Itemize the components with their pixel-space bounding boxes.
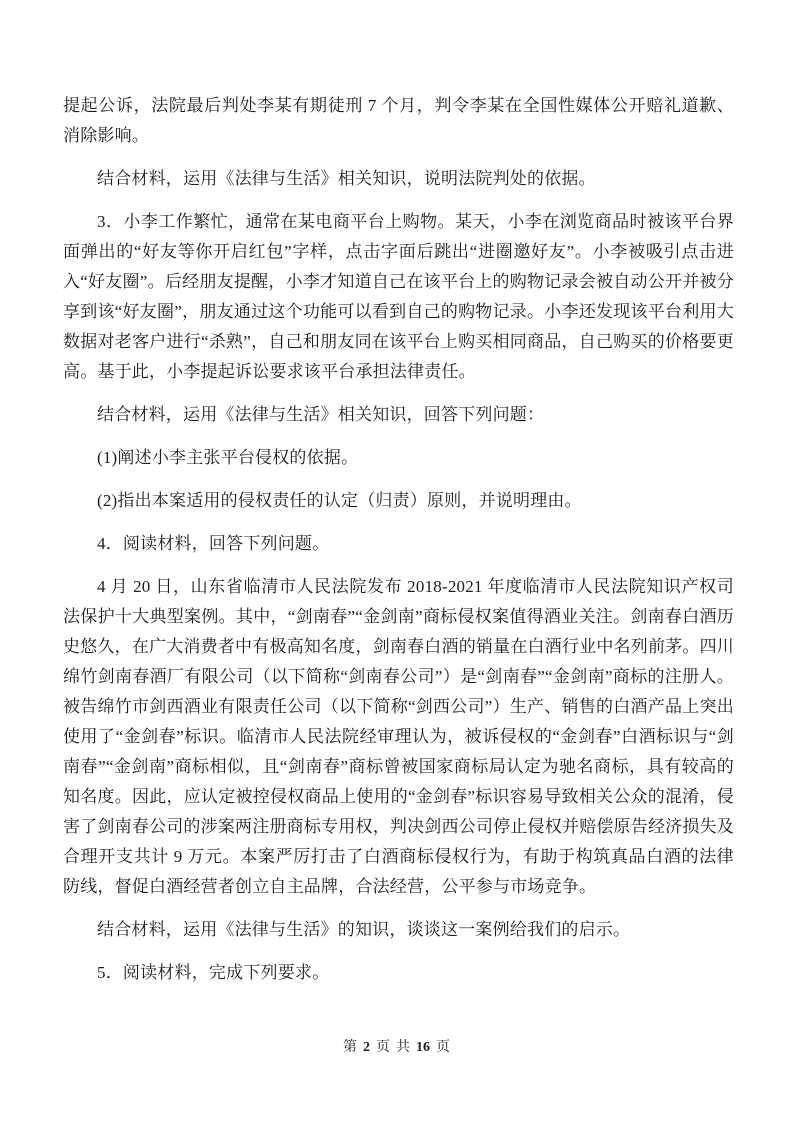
q3-task: 结合材料，运用《法律与生活》相关知识，回答下列问题：: [63, 400, 734, 430]
q4-intro: 4．阅读材料，回答下列问题。: [63, 529, 734, 559]
q3-material: 3．小李工作繁忙，通常在某电商平台上购物。某天，小李在浏览商品时被该平台界面弹出…: [63, 207, 734, 387]
document-page: 提起公诉，法院最后判处李某有期徒刑 7 个月，判令李某在全国性媒体公开赔礼道歉、…: [0, 0, 793, 1122]
document-body: 提起公诉，法院最后判处李某有期徒刑 7 个月，判令李某在全国性媒体公开赔礼道歉、…: [63, 91, 734, 1001]
q2-material-continuation: 提起公诉，法院最后判处李某有期徒刑 7 个月，判令李某在全国性媒体公开赔礼道歉、…: [63, 91, 734, 151]
q2-task: 结合材料，运用《法律与生活》相关知识，说明法院判处的依据。: [63, 164, 734, 194]
q3-sub-question-2: (2)指出本案适用的侵权责任的认定（归责）原则，并说明理由。: [63, 486, 734, 516]
q4-task: 结合材料，运用《法律与生活》的知识，谈谈这一案例给我们的启示。: [63, 915, 734, 945]
q5-intro: 5．阅读材料，完成下列要求。: [63, 958, 734, 988]
footer-page-prefix-label: 第: [343, 1040, 357, 1055]
page-footer: 第2页共16页: [0, 1036, 793, 1056]
footer-total-unit-label: 页: [436, 1040, 450, 1055]
footer-page-unit-label: 页: [376, 1040, 390, 1055]
q4-material: 4 月 20 日，山东省临清市人民法院发布 2018-2021 年度临清市人民法…: [63, 572, 734, 902]
q3-sub-question-1: (1)阐述小李主张平台侵权的依据。: [63, 443, 734, 473]
footer-current-page-number: 2: [363, 1040, 370, 1055]
footer-total-conjunction-label: 共: [396, 1040, 410, 1055]
footer-total-pages-number: 16: [416, 1040, 430, 1055]
